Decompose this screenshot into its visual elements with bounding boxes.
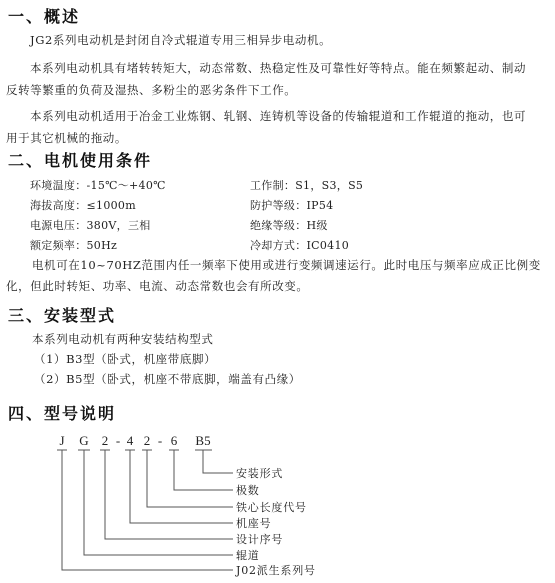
label-mounting-form: 安装形式 xyxy=(236,465,283,481)
label-design-serial: 设计序号 xyxy=(236,531,283,547)
label-frame-number: 机座号 xyxy=(236,515,271,531)
label-poles: 极数 xyxy=(236,482,260,498)
label-core-length: 铁心长度代号 xyxy=(236,499,307,515)
model-code-diagram xyxy=(0,0,555,583)
label-series: J02派生系列号 xyxy=(236,562,316,578)
label-roller: 辊道 xyxy=(236,547,260,563)
